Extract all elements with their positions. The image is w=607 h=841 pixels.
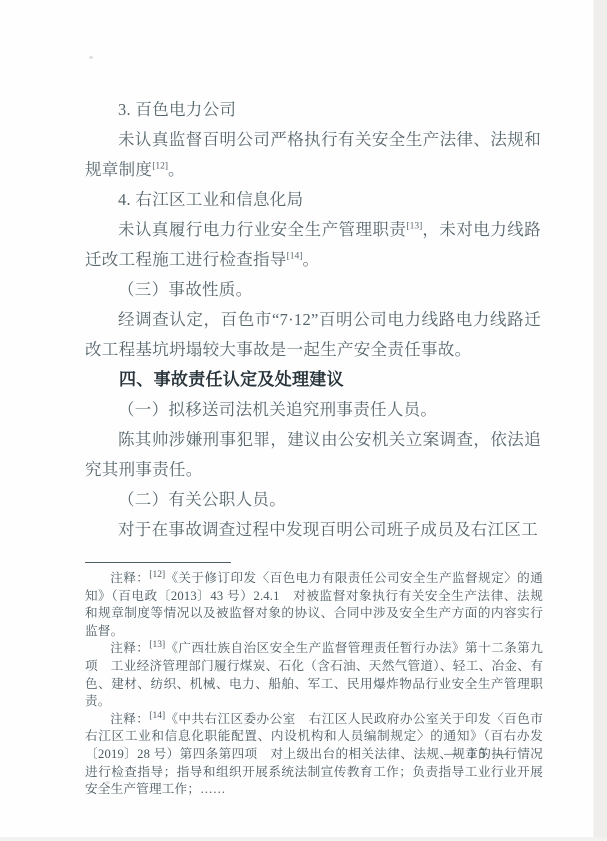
footnote: 注释：[12]《关于修订印发〈百色电力有限责任公司安全生产监督规定〉的通知》（百… [85, 570, 543, 640]
body-paragraph: （三）事故性质。 [85, 275, 541, 305]
body-paragraph: 陈其帅涉嫌刑事犯罪，建议由公安机关立案调查，依法追究其刑事责任。 [85, 425, 541, 485]
document-body: 3. 百色电力公司未认真监督百明公司严格执行有关安全生产法律、法规和规章制度[1… [85, 95, 541, 545]
scan-speck [89, 56, 93, 59]
text-run: （二）有关公职人员。 [118, 490, 286, 509]
text-run: 4. 右江区工业和信息化局 [118, 190, 303, 209]
text-run: 经调查认定，百色市“7·12”百明公司电力线路电力线路迁改工程基坑坍塌较大事故是… [85, 310, 541, 359]
text-run: 对于在事故调查过程中发现百明公司班子成员及右江区工 [118, 520, 538, 539]
body-paragraph: 未认真履行电力行业安全生产管理职责[13]，未对电力线路迁改工程施工进行检查指导… [85, 215, 541, 275]
body-paragraph: 3. 百色电力公司 [85, 95, 541, 125]
footnote-ref: [12] [152, 162, 168, 172]
footnotes-section: 注释：[12]《关于修订印发〈百色电力有限责任公司安全生产监督规定〉的通知》（百… [85, 570, 543, 799]
body-paragraph: （一）拟移送司法机关追究刑事责任人员。 [85, 395, 541, 425]
body-paragraph: 经调查认定，百色市“7·12”百明公司电力线路电力线路迁改工程基坑坍塌较大事故是… [85, 305, 541, 365]
document-page: 3. 百色电力公司未认真监督百明公司严格执行有关安全生产法律、法规和规章制度[1… [0, 0, 607, 841]
body-paragraph: 对于在事故调查过程中发现百明公司班子成员及右江区工 [85, 515, 541, 545]
text-run: 3. 百色电力公司 [118, 100, 236, 119]
section-heading: 四、事故责任认定及处理建议 [85, 365, 541, 395]
footnote-ref: [12] [149, 570, 165, 580]
footnote-divider [85, 562, 231, 563]
footnote-ref: [13] [406, 222, 422, 232]
text-run: 。 [302, 250, 319, 269]
text-run: 。 [168, 160, 185, 179]
footnote: 注释：[13]《广西壮族自治区安全生产监督管理责任暂行办法》第十二条第九项 工业… [85, 640, 543, 710]
body-paragraph: 未认真监督百明公司严格执行有关安全生产法律、法规和规章制度[12]。 [85, 125, 541, 185]
page-number: — 15 — [0, 746, 513, 763]
text-run: 四、事故责任认定及处理建议 [119, 370, 344, 389]
text-run: 注释： [110, 712, 149, 726]
text-run: 未认真履行电力行业安全生产管理职责 [118, 220, 406, 239]
text-run: 注释： [110, 641, 149, 655]
text-run: 陈其帅涉嫌刑事犯罪，建议由公安机关立案调查，依法追究其刑事责任。 [85, 430, 541, 479]
scan-edge-right [593, 0, 607, 841]
footnote-ref: [14] [287, 252, 303, 262]
body-paragraph: （二）有关公职人员。 [85, 485, 541, 515]
body-paragraph: 4. 右江区工业和信息化局 [85, 185, 541, 215]
text-run: （一）拟移送司法机关追究刑事责任人员。 [118, 400, 437, 419]
footnote-ref: [14] [149, 711, 165, 721]
scan-edge-bottom [0, 837, 607, 841]
text-run: 《关于修订印发〈百色电力有限责任公司安全生产监督规定〉的通知》（百电政〔2013… [85, 571, 543, 638]
footnote-ref: [13] [149, 640, 165, 650]
text-run: 注释： [110, 571, 149, 585]
text-run: （三）事故性质。 [118, 280, 252, 299]
scan-speck [106, 781, 110, 784]
text-run: 《广西壮族自治区安全生产监督管理责任暂行办法》第十二条第九项 工业经济管理部门履… [85, 641, 543, 708]
